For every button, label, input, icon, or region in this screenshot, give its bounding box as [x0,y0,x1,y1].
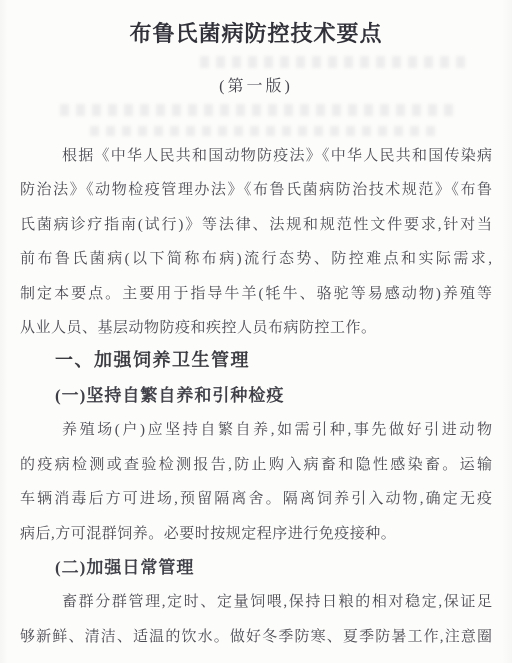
scan-bleed-artifact [60,104,460,116]
body-line: 养殖场(户)应坚持自繁自养,如需引种,事先做好引进动物 [20,418,492,442]
intro-line: 根据《中华人民共和国动物防疫法》《中华人民共和国传染病 [20,144,492,168]
document-edition: (第一版) [0,76,512,98]
subsection-1-1-heading: (一)坚持自繁自养和引种检疫 [55,384,495,408]
scan-bleed-artifact [200,56,470,68]
intro-line: 氏菌病诊疗指南(试行)》等法律、法规和规范性文件要求,针对当 [20,213,492,237]
intro-line: 从业人员、基层动物防疫和疾控人员布病防控工作。 [20,316,492,340]
intro-line: 前布鲁氏菌病(以下简称布病)流行态势、防控难点和实际需求, [20,247,492,271]
intro-line: 制定本要点。主要用于指导牛羊(牦牛、骆驼等易感动物)养殖等 [20,282,492,306]
body-line: 病后,方可混群饲养。必要时按规定程序进行免疫接种。 [20,522,492,546]
body-line: 畜群分群管理,定时、定量饲喂,保持日粮的相对稳定,保证足 [20,590,492,614]
document-title: 布鲁氏菌病防控技术要点 [0,18,512,50]
document-page: 布鲁氏菌病防控技术要点 (第一版) 根据《中华人民共和国动物防疫法》《中华人民共… [0,0,512,663]
scan-bleed-artifact [90,126,440,136]
subsection-1-2-heading: (二)加强日常管理 [55,556,495,580]
intro-line: 防治法》《动物检疫管理办法》《布鲁氏菌病防治技术规范》《布鲁 [20,178,492,202]
section-1-heading: 一、加强饲养卫生管理 [55,348,495,372]
body-line: 车辆消毒后方可进场,预留隔离舍。隔离饲养引入动物,确定无疫 [20,487,492,511]
body-line: 的疫病检测或查验检测报告,防止购入病畜和隐性感染畜。运输 [20,453,492,477]
body-line: 够新鲜、清洁、适温的饮水。做好冬季防寒、夏季防暑工作,注意圈 [20,625,492,649]
